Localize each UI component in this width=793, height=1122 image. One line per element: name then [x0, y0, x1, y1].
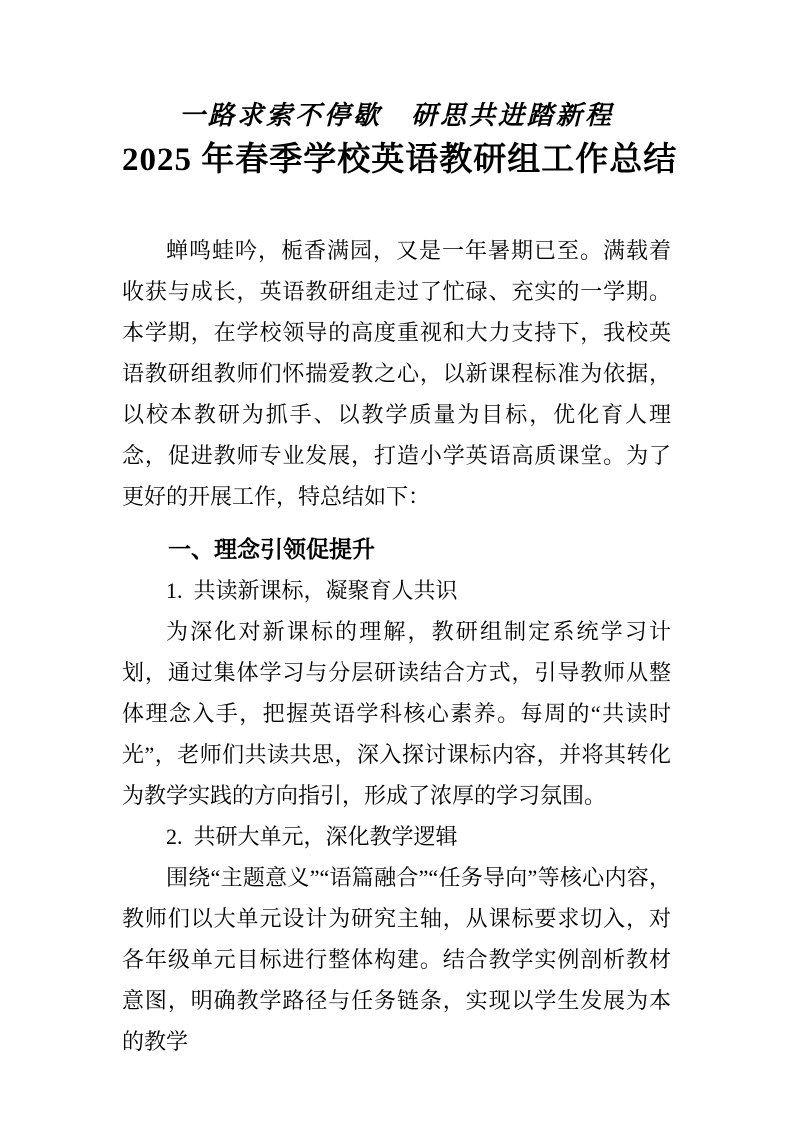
- intro-paragraph: 蝉鸣蛙吟，栀香满园，又是一年暑期已至。满载着收获与成长，英语教研组走过了忙碌、充…: [122, 230, 671, 517]
- document-motto: 一路求索不停歇 研思共进踏新程: [122, 100, 671, 132]
- list-item-2: 2. 共研大单元，深化教学逻辑: [122, 816, 671, 857]
- document-body: 蝉鸣蛙吟，栀香满园，又是一年暑期已至。满载着收获与成长，英语教研组走过了忙碌、充…: [122, 230, 671, 1062]
- section-heading-1: 一、理念引领促提升: [122, 529, 671, 570]
- document-page: 一路求索不停歇 研思共进踏新程 2025 年春季学校英语教研组工作总结 蝉鸣蛙吟…: [0, 0, 793, 1122]
- document-title: 2025 年春季学校英语教研组工作总结: [122, 138, 671, 182]
- paragraph-item-2-body: 围绕“主题意义”“语篇融合”“任务导向”等核心内容，教师们以大单元设计为研究主轴…: [122, 857, 671, 1062]
- paragraph-item-1-body: 为深化对新课标的理解，教研组制定系统学习计划，通过集体学习与分层研读结合方式，引…: [122, 611, 671, 816]
- list-item-1: 1. 共读新课标，凝聚育人共识: [122, 570, 671, 611]
